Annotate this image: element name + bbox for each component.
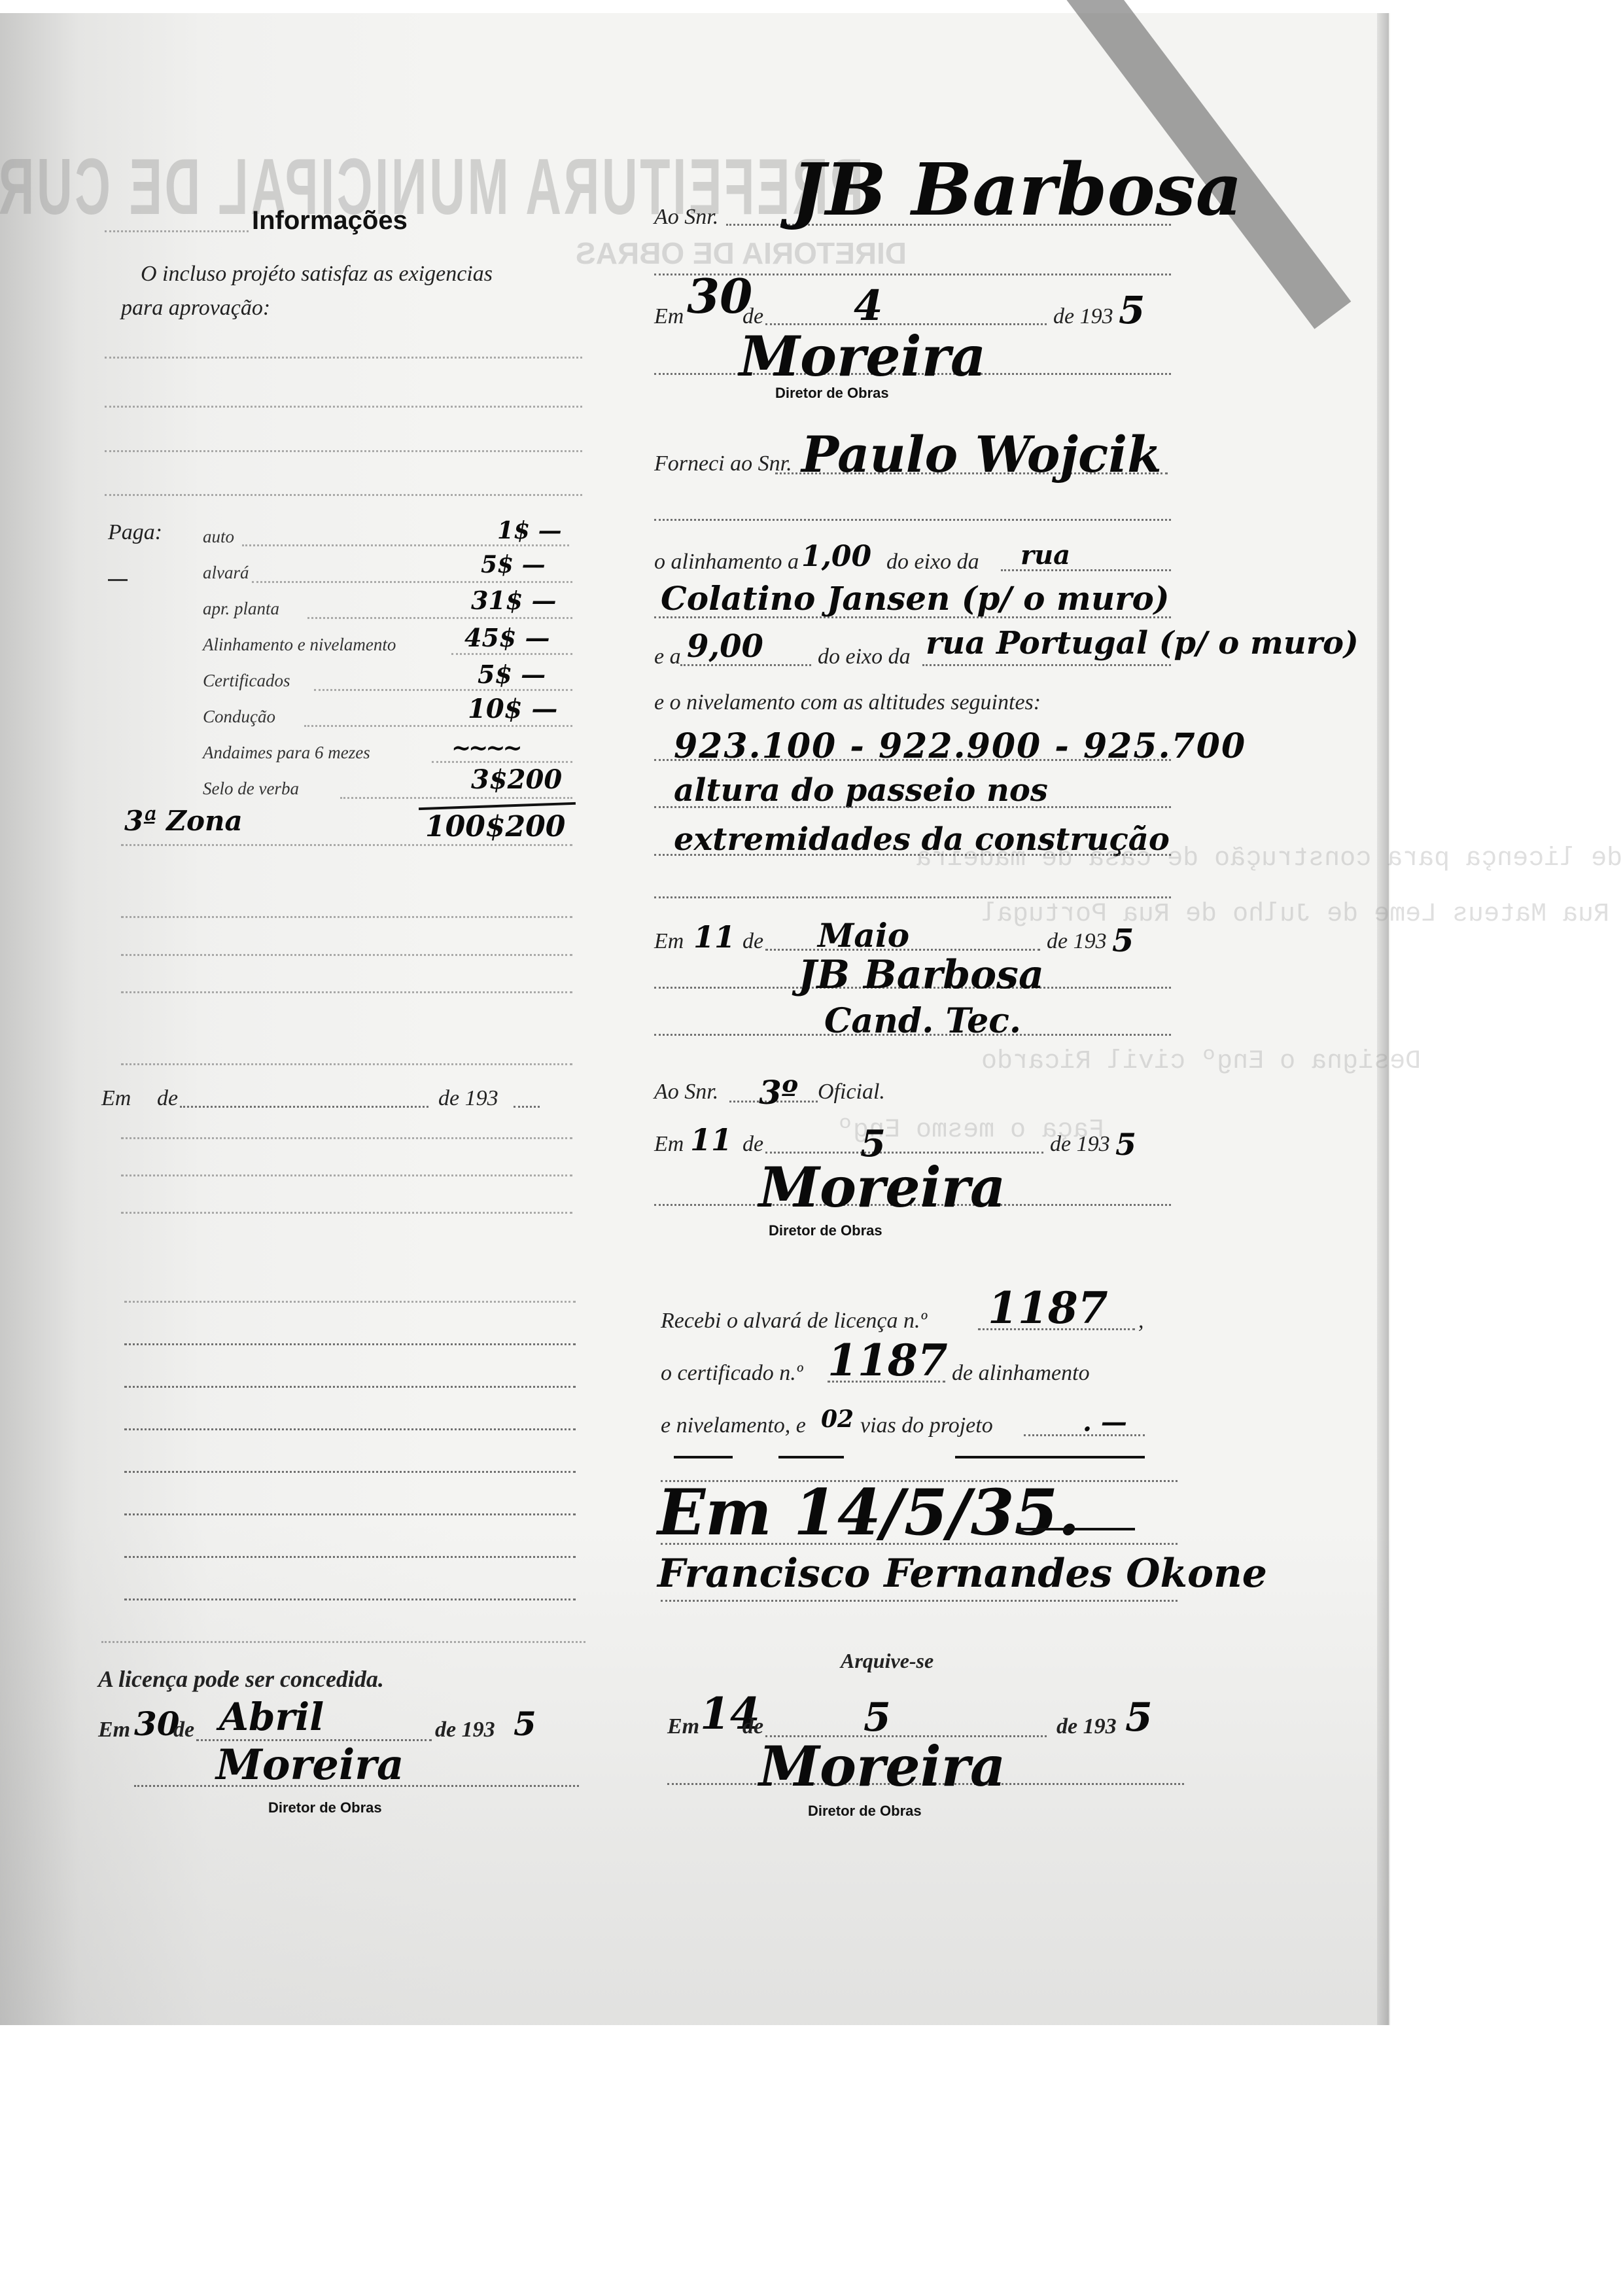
year-label: de 193	[1053, 304, 1113, 329]
vias-count: 02	[821, 1405, 854, 1433]
dotted-line	[654, 806, 1171, 808]
day-value: 11	[693, 919, 735, 955]
forneci-label: Forneci ao Snr.	[654, 451, 792, 476]
fee-label: alvará	[203, 563, 249, 583]
ao-snr-signature: JB Barbosa	[792, 147, 1242, 232]
ghost-header: PREFEITURA MUNICIPAL DE CURITIBA	[0, 141, 864, 232]
approval-em-label: Em	[98, 1718, 130, 1742]
dotted-line	[124, 1301, 576, 1303]
fee-label: Alinhamento e nivelamento	[203, 635, 396, 655]
nivelamento-label: e o nivelamento com as altitudes seguint…	[654, 690, 1041, 715]
year-suffix: 5	[1112, 923, 1134, 959]
dotted-line	[121, 1137, 572, 1139]
fees-label: Paga:	[108, 520, 162, 545]
page-edge-shadow	[1377, 13, 1389, 2025]
approval-year-label: de 193	[435, 1718, 495, 1742]
dotted-line	[121, 916, 572, 918]
cert-label: o certificado n.º	[661, 1361, 803, 1386]
dotted-line	[451, 653, 572, 655]
date-year-label: de 193	[438, 1086, 498, 1111]
fee-label: apr. planta	[203, 599, 279, 619]
director-signature: Moreira	[759, 1155, 1005, 1220]
dotted-line	[105, 406, 582, 408]
fee-label: Condução	[203, 707, 275, 727]
nivelamento-vias-label: e nivelamento, e	[661, 1413, 806, 1438]
de-label: de	[742, 1132, 763, 1157]
month-value: 4	[854, 281, 883, 330]
dotted-line	[304, 725, 572, 727]
fee-value: ~~~~	[451, 734, 520, 762]
fee-value: 5$ —	[481, 551, 546, 578]
dotted-line	[661, 1543, 1178, 1545]
dotted-line	[340, 797, 572, 799]
cert-suffix: de alinhamento	[952, 1361, 1090, 1386]
ao-snr-label: Ao Snr.	[654, 1080, 718, 1104]
e-a-label: e a	[654, 645, 681, 669]
signer-title: Diretor de Obras	[808, 1803, 922, 1820]
approval-year-suffix: 5	[514, 1704, 536, 1743]
date-de-label: de	[157, 1086, 178, 1111]
dotted-line	[121, 1063, 572, 1065]
year-label: de 193	[1050, 1132, 1110, 1157]
eixo-label-1: do eixo da	[886, 550, 979, 574]
dotted-line	[124, 1343, 576, 1345]
dotted-line	[121, 991, 572, 993]
fee-value: 5$ —	[478, 660, 546, 689]
cert-number: 1187	[828, 1335, 948, 1386]
dotted-line	[121, 1212, 572, 1214]
vias-label: vias do projeto	[860, 1413, 993, 1438]
director-signature: Moreira	[759, 1734, 1005, 1799]
fee-label: Certificados	[203, 671, 290, 691]
street-2: rua Portugal (p/ o muro)	[926, 625, 1359, 662]
dotted-line	[105, 357, 582, 359]
informacoes-heading: Informações	[252, 206, 408, 236]
margin-dash	[108, 579, 128, 581]
ao-snr-label: Ao Snr.	[654, 205, 718, 230]
ghost-line: Designa o Engº civil Ricardo	[981, 1047, 1421, 1076]
comma: ,	[1138, 1309, 1144, 1333]
fee-value: 31$ —	[471, 586, 557, 615]
fee-label: Selo de verba	[203, 779, 299, 799]
approval-month: Abril	[219, 1695, 324, 1739]
street-1: Colatino Jansen (p/ o muro)	[661, 579, 1170, 618]
dotted-line	[121, 954, 572, 956]
de-label: de	[742, 929, 763, 954]
dotted-line	[101, 1641, 585, 1643]
ao-snr-suffix: Oficial.	[818, 1080, 885, 1104]
day-value: 11	[690, 1122, 732, 1157]
approval-signer-title: Diretor de Obras	[268, 1799, 382, 1816]
dotted-line	[124, 1428, 576, 1430]
month-value: Maio	[818, 916, 909, 955]
ink-rule	[1017, 1528, 1135, 1530]
fee-value: 10$ —	[468, 694, 557, 724]
note-line-1: altura do passeio nos	[674, 772, 1048, 809]
year-label: de 193	[1047, 929, 1107, 954]
dotted-line	[124, 1471, 576, 1473]
dotted-line	[654, 1034, 1171, 1036]
fee-value: 1$ —	[497, 517, 562, 544]
dotted-line	[654, 759, 1171, 761]
zone-note: 3ª Zona	[124, 805, 243, 837]
technician-signature: JB Barbosa	[798, 952, 1044, 998]
fee-label: auto	[203, 527, 234, 547]
year-suffix: 5	[1119, 288, 1145, 332]
director-signature: Moreira	[739, 324, 986, 389]
projeto-suffix: . —	[1083, 1407, 1127, 1438]
fee-value: 45$ —	[464, 623, 550, 652]
dotted-line	[654, 854, 1171, 856]
dotted-line	[105, 450, 582, 452]
approval-text: A licença pode ser concedida.	[98, 1665, 384, 1693]
ghost-subheader: DIRETORIA DE OBRAS	[576, 236, 907, 271]
recipient-signature: Francisco Fernandes Okone	[657, 1551, 1267, 1597]
dotted-line	[252, 581, 572, 583]
em-label: Em	[654, 1132, 684, 1157]
alvara-label: Recebi o alvará de licença n.º	[661, 1309, 927, 1333]
fee-value: 3$200	[471, 764, 562, 795]
dotted-line	[121, 844, 572, 846]
month-field	[765, 1152, 1043, 1154]
ink-rule	[778, 1456, 844, 1458]
date-em-label: Em	[101, 1086, 131, 1111]
date-year-field	[514, 1106, 540, 1108]
eixo-value-1: rua	[1021, 540, 1070, 571]
fees-total: 100$200	[425, 810, 565, 843]
signature-line	[661, 1600, 1178, 1602]
arquive-label: Arquive-se	[841, 1649, 934, 1673]
received-date: Em 14/5/35.	[657, 1475, 1080, 1549]
alvara-number: 1187	[988, 1282, 1108, 1333]
e-a-value: 9,00	[687, 628, 763, 665]
dotted-line	[105, 494, 582, 496]
alinhamento-value: 1,00	[801, 540, 871, 573]
intro-line-2: para aprovação:	[121, 296, 270, 321]
em-label: Em	[654, 304, 684, 329]
dotted-line	[307, 617, 572, 619]
dotted-line	[124, 1598, 576, 1600]
dotted-line	[105, 230, 249, 232]
em-label: Em	[667, 1714, 699, 1739]
dotted-line	[124, 1513, 576, 1515]
fee-label: Andaimes para 6 mezes	[203, 743, 370, 763]
year-suffix: 5	[1115, 1127, 1136, 1162]
dotted-line	[314, 689, 572, 691]
dotted-line	[242, 544, 569, 546]
year-label: de 193	[1056, 1714, 1117, 1739]
approval-de-label: de	[173, 1718, 194, 1742]
note-line-2: extremidades da construção	[674, 821, 1170, 858]
eixo-field-2	[922, 664, 1171, 666]
alinhamento-label: o alinhamento a	[654, 550, 799, 574]
dotted-line	[654, 896, 1171, 898]
ao-snr-value: 3º	[759, 1073, 798, 1112]
dotted-line	[654, 519, 1171, 521]
date-month-field	[180, 1106, 428, 1108]
ink-rule	[674, 1456, 733, 1458]
em-label: Em	[654, 929, 684, 954]
signer-title: Diretor de Obras	[775, 385, 889, 402]
forneci-value: Paulo Wojcik	[801, 425, 1162, 484]
ghost-line: Rua Mateus Leme de Julho de Rua Portugal	[981, 900, 1609, 929]
dotted-line	[121, 1174, 572, 1176]
year-suffix: 5	[1125, 1695, 1153, 1740]
intro-line-1: O incluso projéto satisfaz as exigencias	[141, 262, 493, 287]
dotted-line	[124, 1386, 576, 1388]
approval-signature: Moreira	[216, 1740, 404, 1790]
eixo-label-2: do eixo da	[818, 645, 911, 669]
signer-title: Diretor de Obras	[769, 1222, 882, 1239]
ink-rule	[955, 1456, 1145, 1458]
dotted-line	[124, 1556, 576, 1558]
